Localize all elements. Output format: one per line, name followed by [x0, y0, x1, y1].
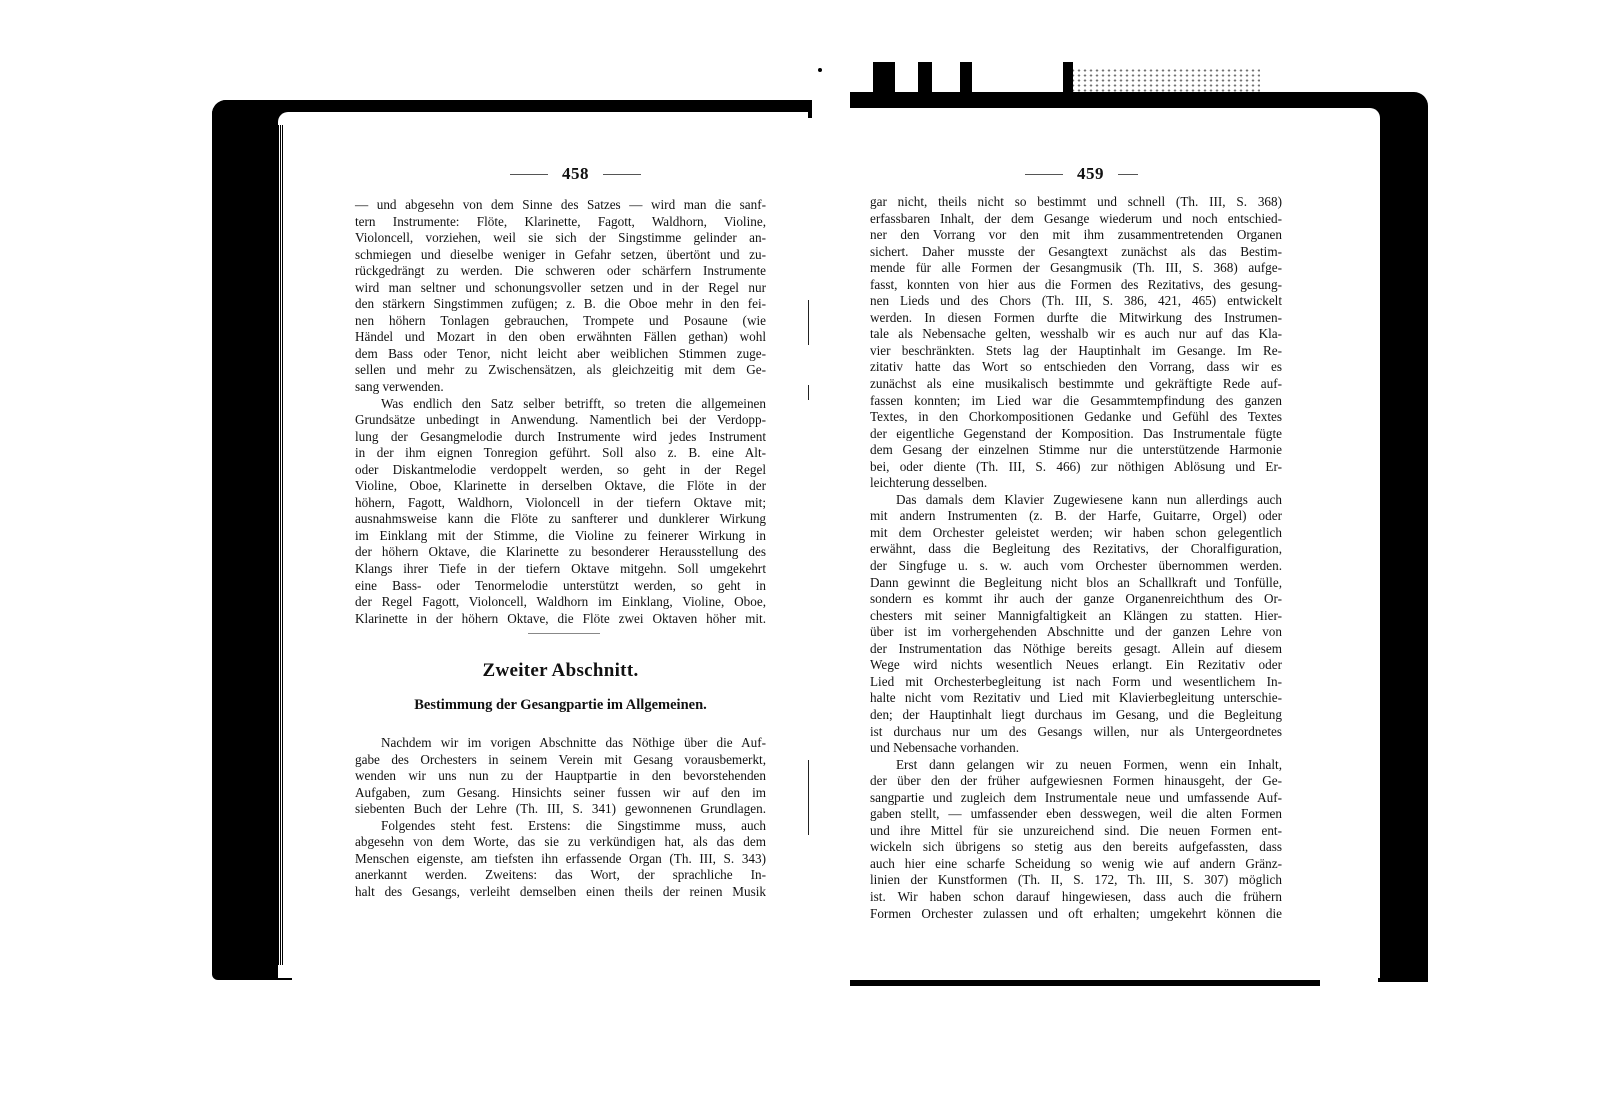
text-line: Formen Orchester zulassen und oft erhalt… — [870, 906, 1282, 923]
text-line: gaben stellt, — umfassender eben dessweg… — [870, 806, 1282, 823]
page-number-text: 458 — [562, 164, 589, 184]
text-line: fasst, konnten von hier aus die Formen d… — [870, 277, 1282, 294]
text-line: der höhern Oktave, die Klarinette zu bes… — [355, 544, 766, 561]
text-line: siebenten Buch der Lehre (Th. III, S. 34… — [355, 801, 766, 818]
text-line: abgesehn von dem Worte, das sie zu verkü… — [355, 834, 766, 851]
text-line: fassen konnten; im Lied war die Gesammte… — [870, 393, 1282, 410]
scan-noise-speckle — [1070, 68, 1260, 96]
left-page-number: 458 — [510, 164, 641, 184]
text-line: oder Diskantmelodie verdoppelt werden, s… — [355, 462, 766, 479]
page-number-text: 459 — [1077, 164, 1104, 184]
text-line: zitativ hatte das Wort so entschieden de… — [870, 359, 1282, 376]
text-line: — und abgesehn von dem Sinne des Satzes … — [355, 197, 766, 214]
text-line: den stärkern Singstimmen zufügen; z. B. … — [355, 296, 766, 313]
text-line: über ist im vorhergehenden Abschnitte un… — [870, 624, 1282, 641]
text-line: Klangs ihrer Tiefe in der tiefern Oktave… — [355, 561, 766, 578]
text-line: Was endlich den Satz selber betrifft, so… — [355, 396, 766, 413]
text-line: schmiegen und dieselbe weniger in Gefahr… — [355, 247, 766, 264]
text-line: der über den der früher aufgewiesnen For… — [870, 773, 1282, 790]
folio-rule — [603, 174, 641, 175]
text-line: Folgendes steht fest. Erstens: die Sings… — [355, 818, 766, 835]
folio-rule — [1118, 174, 1138, 175]
text-line: nen höhern Tonlagen gebrauchen, Trompete… — [355, 313, 766, 330]
text-line: zunächst als eine musikalisch bestimmte … — [870, 376, 1282, 393]
text-line: und ihre Mittel für sie unzureichend sin… — [870, 823, 1282, 840]
book-cover-bottom-edge — [850, 980, 1320, 986]
text-line: Textes, in den Chorkompositionen Gedanke… — [870, 409, 1282, 426]
text-line: erwähnt, dass die Begleitung des Rezitat… — [870, 541, 1282, 558]
text-line: erfassbaren Inhalt, der dem Gesange wied… — [870, 211, 1282, 228]
text-line: Wege wird nichts wesentlich Neues erlang… — [870, 657, 1282, 674]
left-page-body-top: — und abgesehn von dem Sinne des Satzes … — [355, 197, 766, 627]
text-line: ausnahmsweise kann die Flöte zu sanftere… — [355, 511, 766, 528]
text-line: anerkannt werden. Zweitens: das Wort, de… — [355, 867, 766, 884]
text-line: lung der Gesangmelodie durch Instrumente… — [355, 429, 766, 446]
section-separator-rule — [528, 633, 600, 634]
text-line: mit dem Orchester geleistet werden; wir … — [870, 525, 1282, 542]
text-line: tern Instrumente: Flöte, Klarinette, Fag… — [355, 214, 766, 231]
text-line: halt des Gesangs, verleiht demselben ein… — [355, 884, 766, 901]
text-line: mende für alle Formen der Gesangmusik (T… — [870, 260, 1282, 277]
text-line: sang verwenden. — [355, 379, 766, 396]
text-line: ist durchaus nur um des Gesangs willen, … — [870, 724, 1282, 741]
text-line: nen Lieds und des Chors (Th. III, S. 386… — [870, 293, 1282, 310]
text-line: werden. In diesen Formen durfte die Mitw… — [870, 310, 1282, 327]
text-line: tale als Nebensache gelten, wesshalb wir… — [870, 326, 1282, 343]
text-line: eine Bass- oder Tenormelodie unterstützt… — [355, 578, 766, 595]
text-line: Das damals dem Klavier Zugewiesene kann … — [870, 492, 1282, 509]
text-line: Erst dann gelangen wir zu neuen Formen, … — [870, 757, 1282, 774]
text-line: Klarinette in der höhern Oktave, die Flö… — [355, 611, 766, 628]
text-line: Lied mit Orchesterbegleitung ist nach Fo… — [870, 674, 1282, 691]
text-line: und Nebensache vorhanden. — [870, 740, 1282, 757]
text-line: auch hier eine scharfe Scheidung so weni… — [870, 856, 1282, 873]
text-line: Violine, Oboe, Klarinette in derselben O… — [355, 478, 766, 495]
book-cover-right-edge — [1378, 92, 1428, 982]
text-line: dem Bass oder Tenor, nicht leicht aber w… — [355, 346, 766, 363]
text-line: chesters mit seiner Mannigfaltigkeit an … — [870, 608, 1282, 625]
text-line: vier beschränkten. Stets lag der Hauptin… — [870, 343, 1282, 360]
text-line: mit andern Instrumenten (z. B. der Harfe… — [870, 508, 1282, 525]
text-line: höhern, Fagott, Waldhorn, Violoncell in … — [355, 495, 766, 512]
text-line: ner den Vorrang vor den mit ihm zusammen… — [870, 227, 1282, 244]
gutter-line — [808, 300, 809, 345]
book-spread-scan: 458 — und abgesehn von dem Sinne des Sat… — [0, 0, 1600, 1098]
text-line: Händel und Mozart in den oben erwähnten … — [355, 329, 766, 346]
folio-rule — [1025, 174, 1063, 175]
scan-dot-mark — [818, 68, 822, 72]
text-line: den; der Hauptinhalt liegt durchaus im G… — [870, 707, 1282, 724]
text-line: der Regel Fagott, Violoncell, Waldhorn i… — [355, 594, 766, 611]
text-line: Dann gewinnt die Begleitung nicht blos a… — [870, 575, 1282, 592]
left-page-body-bottom: Nachdem wir im vorigen Abschnitte das Nö… — [355, 735, 766, 900]
text-line: halte nicht vom Rezitativ und Lied mit K… — [870, 690, 1282, 707]
text-line: ist. Wir haben schon darauf hingewiesen,… — [870, 889, 1282, 906]
text-line: sondern es kommt ihr auch der ganze Orga… — [870, 591, 1282, 608]
right-page-number: 459 — [1025, 164, 1138, 184]
text-line: der eigentliche Gegenstand der Kompositi… — [870, 426, 1282, 443]
folio-rule — [510, 174, 548, 175]
text-line: sangpartie und zugleich dem Instrumental… — [870, 790, 1282, 807]
text-line: im Einklang mit der Stimme, die Violine … — [355, 528, 766, 545]
text-line: wenden wir uns nun zu der Hauptpartie in… — [355, 768, 766, 785]
text-line: bei, oder diente (Th. III, S. 466) zur n… — [870, 459, 1282, 476]
text-line: gar nicht, theils nicht so bestimmt und … — [870, 194, 1282, 211]
bookmark-tab-mark — [960, 62, 972, 102]
text-line: dem Gesang der einzelnen Stimme nur die … — [870, 442, 1282, 459]
section-title: Zweiter Abschnitt. — [355, 660, 766, 682]
text-line: Aufgaben, zum Gesang. Hinsichts seiner f… — [355, 785, 766, 802]
section-subtitle: Bestimmung der Gesangpartie im Allgemein… — [355, 697, 766, 714]
text-line: in der ihm eignen Tonregion geführt. Sol… — [355, 445, 766, 462]
bookmark-tab-mark — [918, 62, 932, 102]
text-line: leichterung desselben. — [870, 475, 1282, 492]
text-line: der Instrumentation das Nöthige bereits … — [870, 641, 1282, 658]
bookmark-tab-mark — [873, 62, 895, 102]
text-line: Nachdem wir im vorigen Abschnitte das Nö… — [355, 735, 766, 752]
page-fore-edge — [278, 125, 284, 965]
right-page-body: gar nicht, theils nicht so bestimmt und … — [870, 194, 1282, 922]
text-line: Grundsätze unbedingt in Anwendung. Namen… — [355, 412, 766, 429]
text-line: wird man seltner und schonungsvoller set… — [355, 280, 766, 297]
text-line: Violoncell, vorziehen, weil sie sich der… — [355, 230, 766, 247]
text-line: rückgedrängt zu werden. Die schweren ode… — [355, 263, 766, 280]
gutter-line — [808, 385, 809, 400]
text-line: der Singfuge u. s. w. auch vom Orchester… — [870, 558, 1282, 575]
text-line: Menschen eigenste, am tiefsten ihn erfas… — [355, 851, 766, 868]
text-line: sichert. Daher musste der Gesangtext zun… — [870, 244, 1282, 261]
text-line: linien der Kunstformen (Th. II, S. 172, … — [870, 872, 1282, 889]
text-line: gabe des Orchesters in seinem Verein mit… — [355, 752, 766, 769]
text-line: sellen und mehr zu Zwischensätzen, als g… — [355, 362, 766, 379]
text-line: wickeln sich übrigens so stetig aus den … — [870, 839, 1282, 856]
gutter-line — [808, 760, 809, 835]
